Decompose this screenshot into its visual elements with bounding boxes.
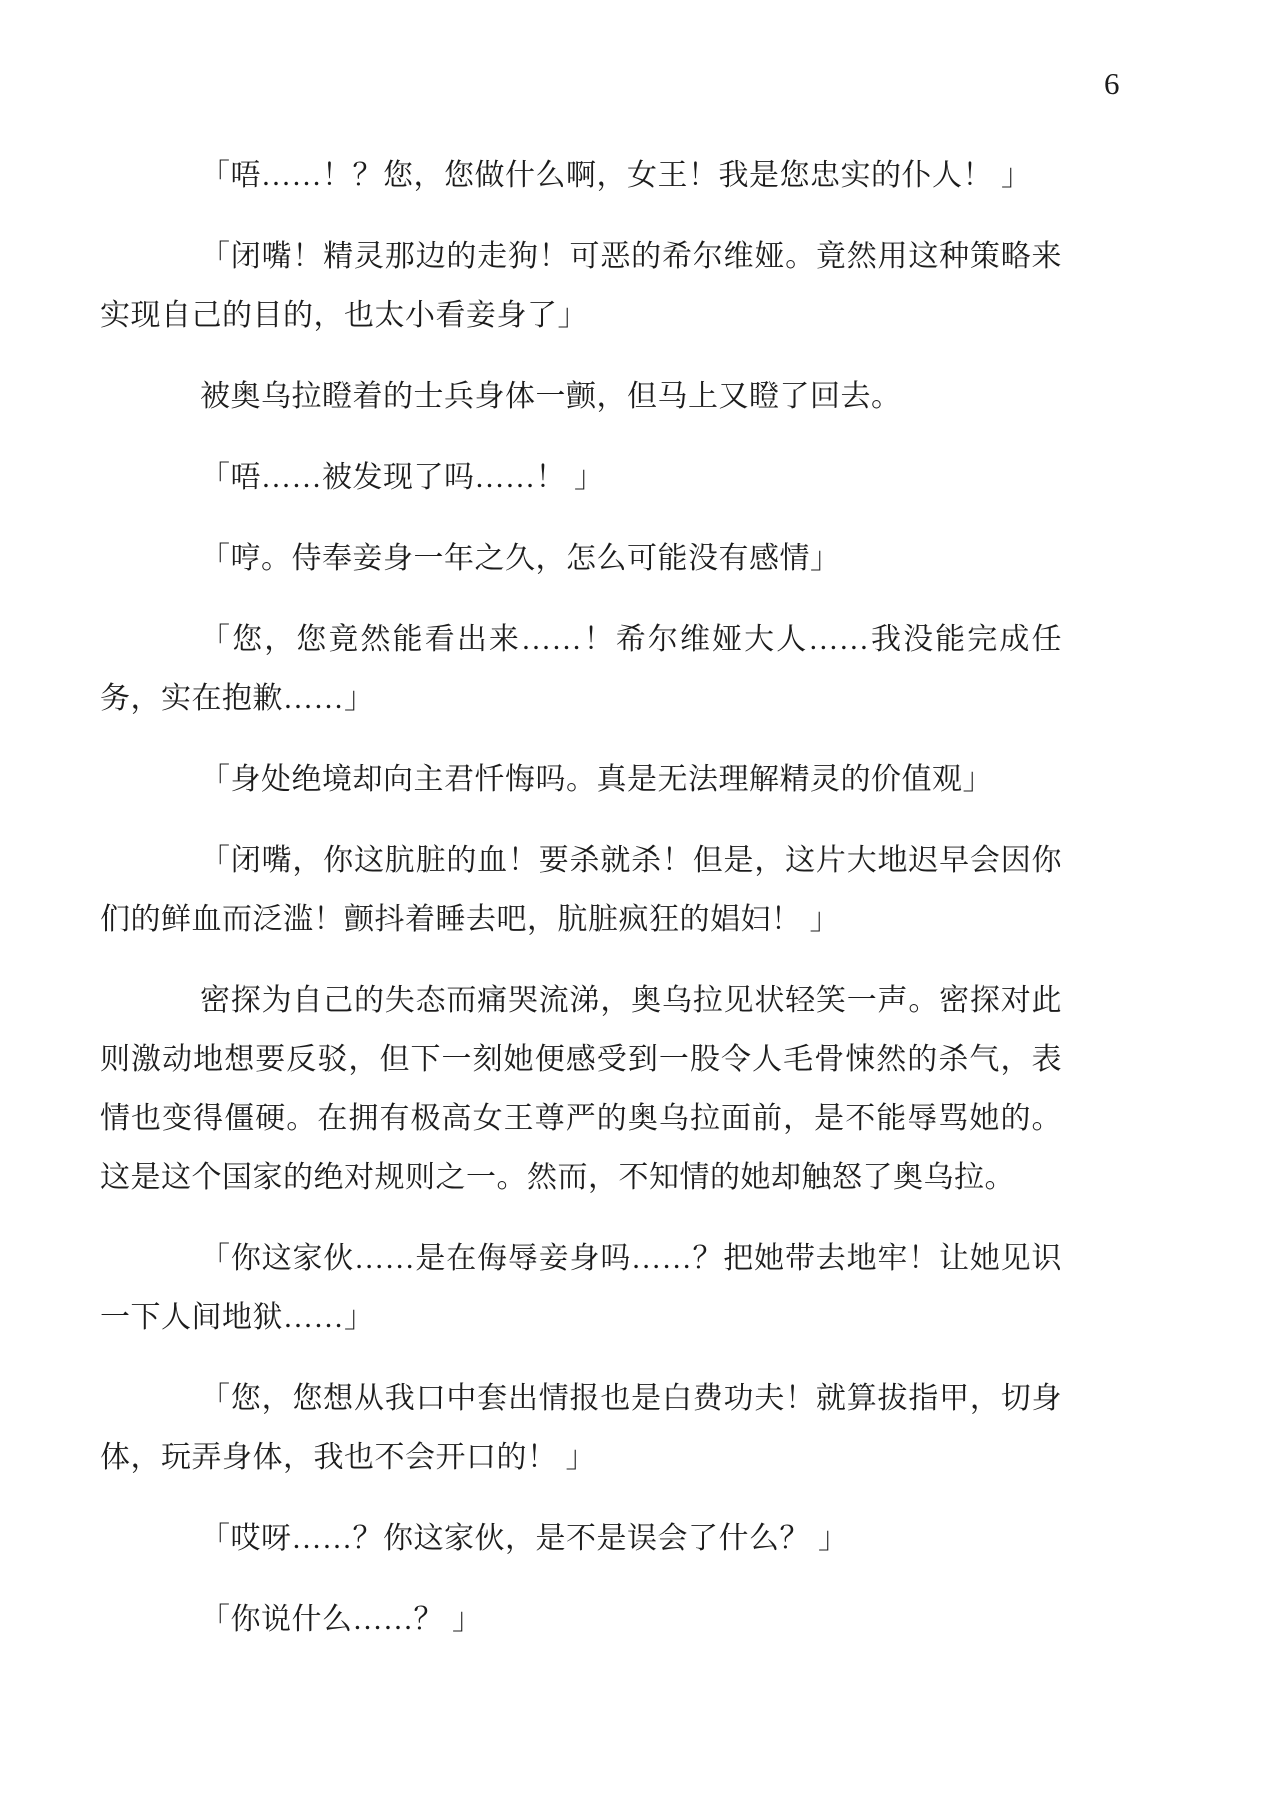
paragraph: 「唔……被发现了吗……！ 」 xyxy=(100,448,1062,507)
paragraph: 「您，您竟然能看出来……！希尔维娅大人……我没能完成任务，实在抱歉……」 xyxy=(100,610,1062,728)
paragraph: 被奥乌拉瞪着的士兵身体一颤，但马上又瞪了回去。 xyxy=(100,367,1062,426)
document-page: 6 「唔……！？您，您做什么啊，女王！我是您忠实的仆人！ 」 「闭嘴！精灵那边的… xyxy=(0,0,1280,1810)
paragraph: 「闭嘴！精灵那边的走狗！可恶的希尔维娅。竟然用这种策略来实现自己的目的，也太小看… xyxy=(100,227,1062,345)
page-body-text: 「唔……！？您，您做什么啊，女王！我是您忠实的仆人！ 」 「闭嘴！精灵那边的走狗… xyxy=(100,146,1062,1671)
paragraph: 密探为自己的失态而痛哭流涕，奥乌拉见状轻笑一声。密探对此则激动地想要反驳，但下一… xyxy=(100,971,1062,1207)
page-number: 6 xyxy=(1104,64,1120,104)
paragraph: 「您，您想从我口中套出情报也是白费功夫！就算拔指甲，切身体，玩弄身体，我也不会开… xyxy=(100,1369,1062,1487)
paragraph: 「闭嘴，你这肮脏的血！要杀就杀！但是，这片大地迟早会因你们的鲜血而泛滥！颤抖着睡… xyxy=(100,831,1062,949)
paragraph: 「哼。侍奉妾身一年之久，怎么可能没有感情」 xyxy=(100,529,1062,588)
paragraph: 「唔……！？您，您做什么啊，女王！我是您忠实的仆人！ 」 xyxy=(100,146,1062,205)
paragraph: 「哎呀……？你这家伙，是不是误会了什么？ 」 xyxy=(100,1509,1062,1568)
paragraph: 「你这家伙……是在侮辱妾身吗……？把她带去地牢！让她见识一下人间地狱……」 xyxy=(100,1229,1062,1347)
paragraph: 「你说什么……？ 」 xyxy=(100,1590,1062,1649)
paragraph: 「身处绝境却向主君忏悔吗。真是无法理解精灵的价值观」 xyxy=(100,750,1062,809)
